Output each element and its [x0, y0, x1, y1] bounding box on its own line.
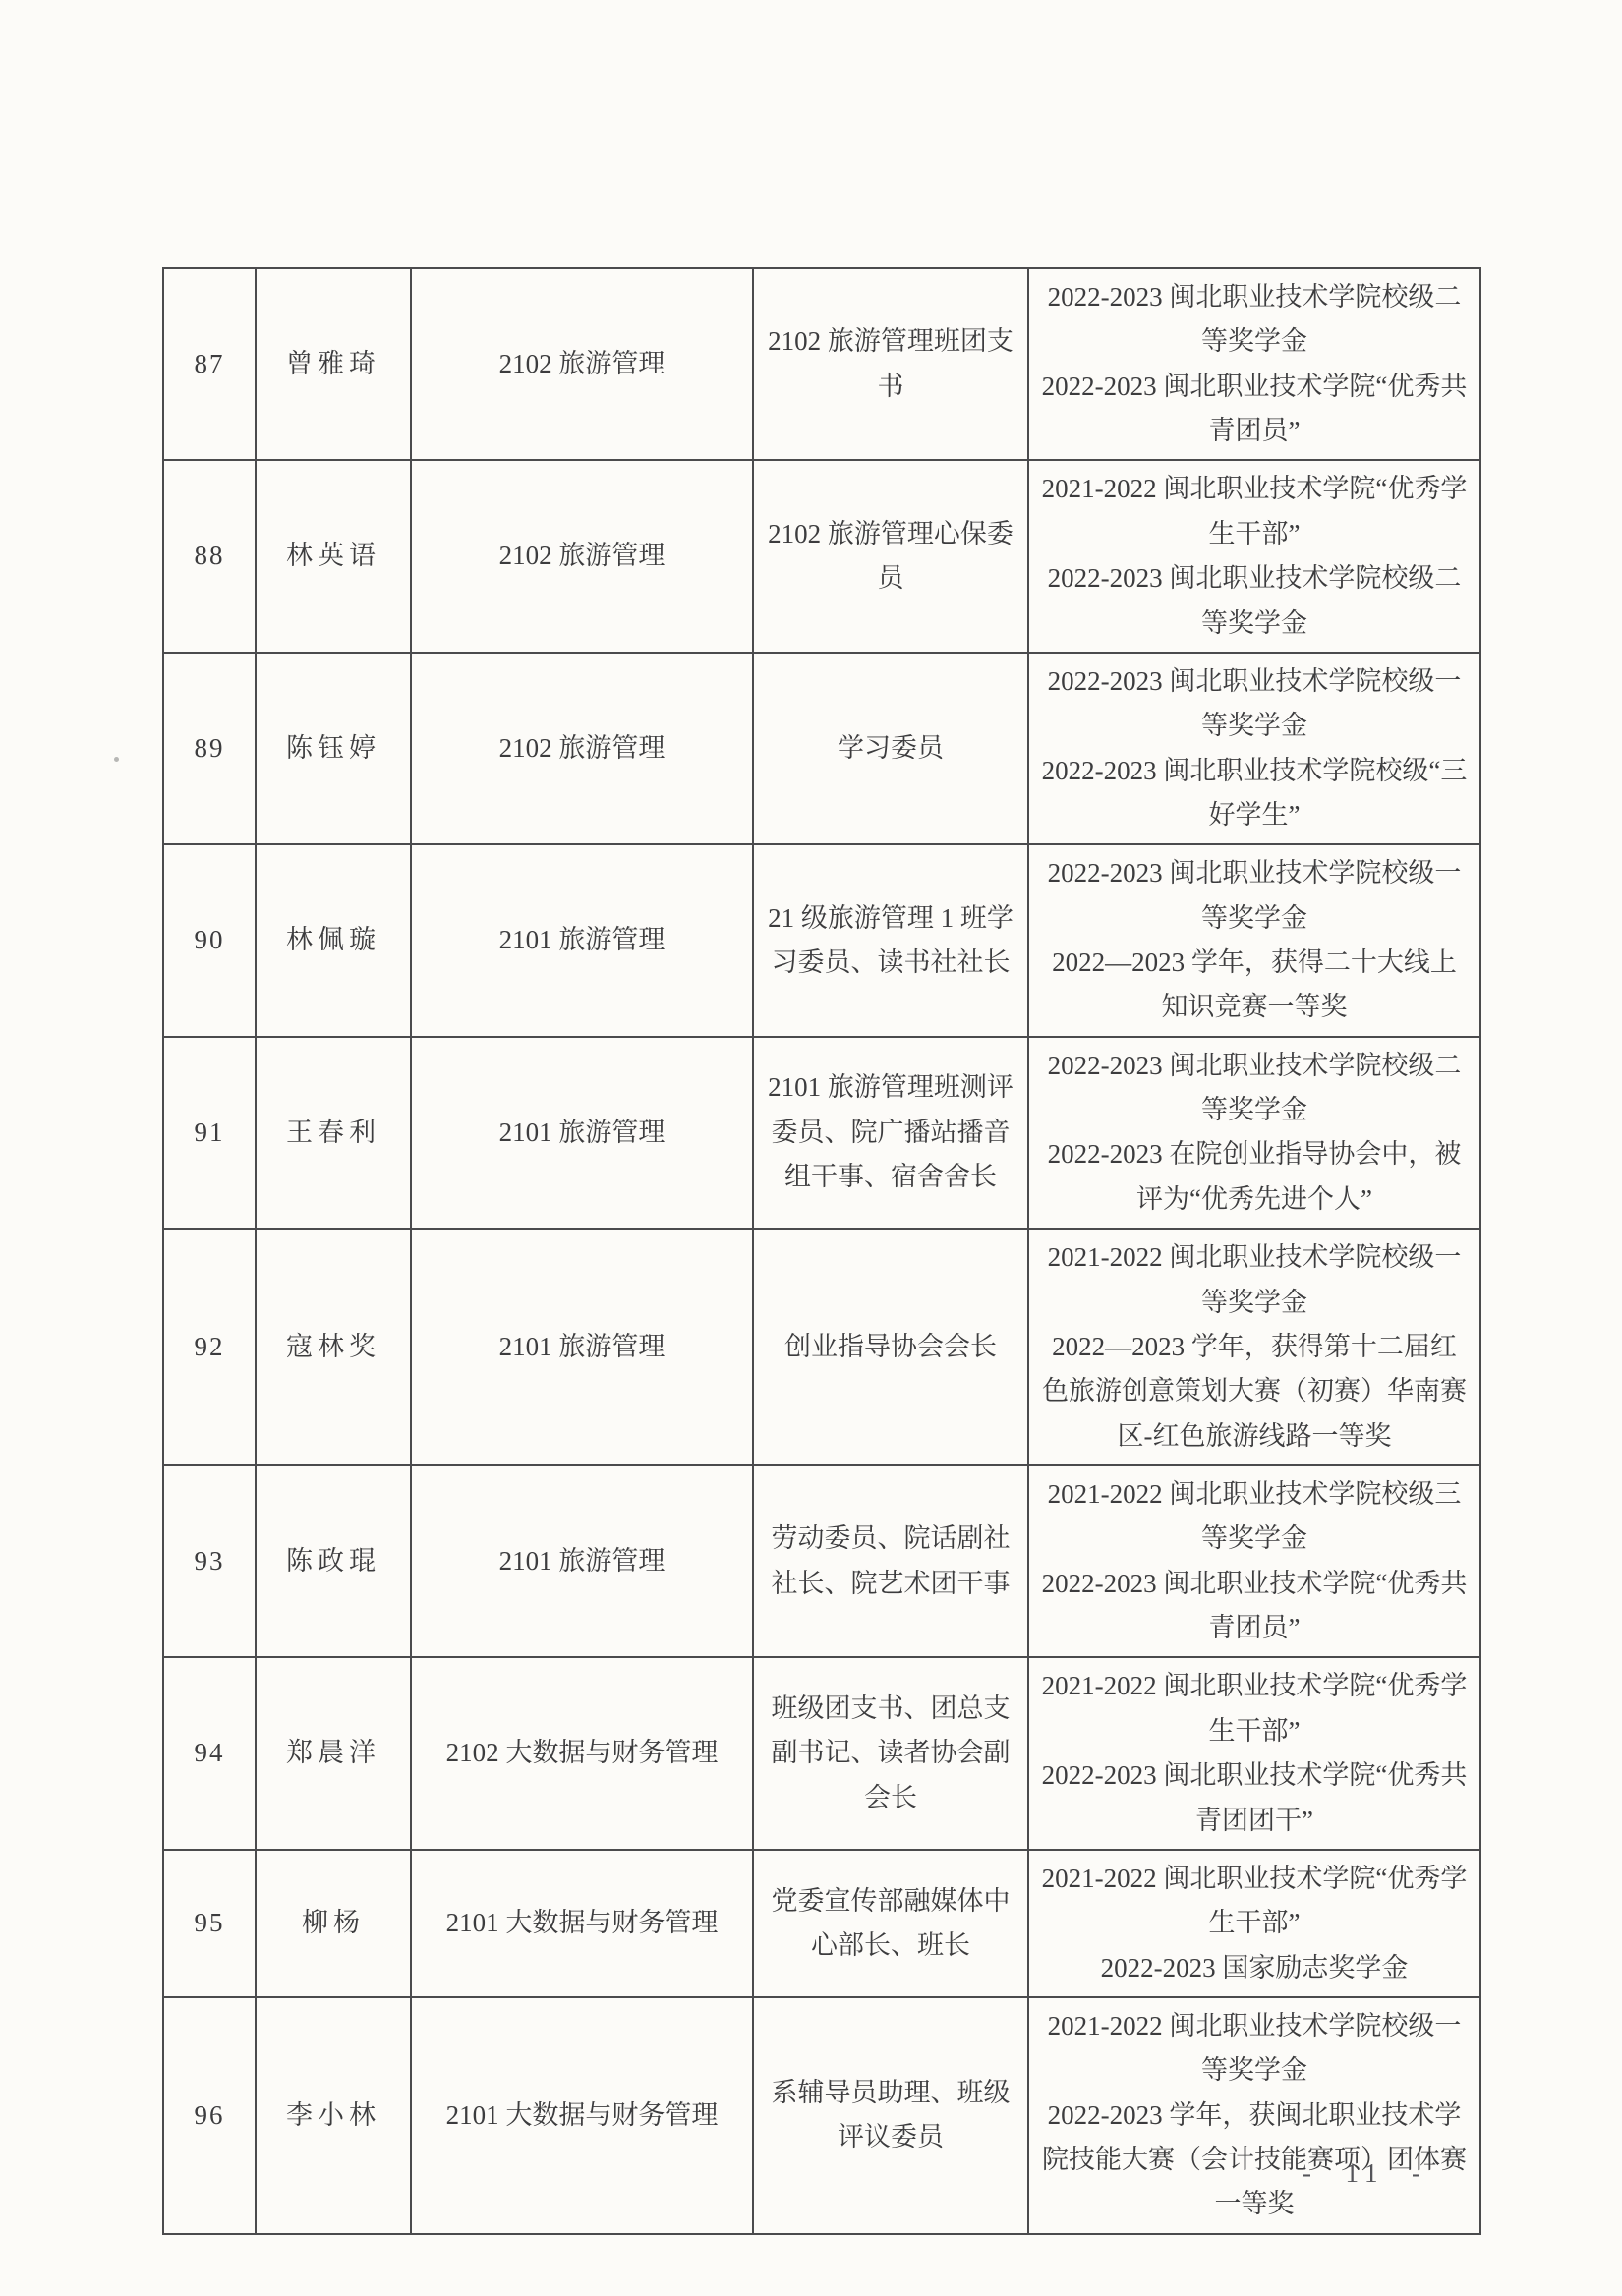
student-name: 王春利 — [256, 1037, 411, 1229]
table-row: 91 王春利 2101 旅游管理 2101 旅游管理班测评委员、院广播站播音组干… — [163, 1037, 1480, 1229]
position: 2101 旅游管理班测评委员、院广播站播音组干事、宿舍舍长 — [753, 1037, 1028, 1229]
table-row: 88 林英语 2102 旅游管理 2102 旅游管理心保委员 2021-2022… — [163, 460, 1480, 652]
class-major: 2102 旅游管理 — [411, 460, 753, 652]
student-name: 寇林奖 — [256, 1229, 411, 1465]
table-body: 87 曾雅琦 2102 旅游管理 2102 旅游管理班团支书 2022-2023… — [163, 268, 1480, 2234]
row-number: 88 — [163, 460, 256, 652]
award-item: 2021-2022 闽北职业技术学院“优秀学生干部” — [1041, 1664, 1468, 1753]
row-number: 92 — [163, 1229, 256, 1465]
row-number: 89 — [163, 653, 256, 844]
class-major: 2101 大数据与财务管理 — [411, 1850, 753, 1997]
row-number: 90 — [163, 844, 256, 1036]
awards-cell: 2021-2022 闽北职业技术学院“优秀学生干部” 2022-2023 闽北职… — [1028, 1657, 1480, 1849]
student-name: 林英语 — [256, 460, 411, 652]
award-item: 2022-2023 闽北职业技术学院“优秀共青团员” — [1041, 365, 1468, 454]
table-row: 92 寇林奖 2101 旅游管理 创业指导协会会长 2021-2022 闽北职业… — [163, 1229, 1480, 1465]
award-item: 2021-2022 闽北职业技术学院校级一等奖学金 — [1041, 2004, 1468, 2094]
award-item: 2022-2023 国家励志奖学金 — [1041, 1946, 1468, 1990]
award-item: 2021-2022 闽北职业技术学院“优秀学生干部” — [1041, 1857, 1468, 1946]
position: 系辅导员助理、班级评议委员 — [753, 1997, 1028, 2234]
position: 班级团支书、团总支副书记、读者协会副会长 — [753, 1657, 1028, 1849]
class-major: 2101 旅游管理 — [411, 1037, 753, 1229]
class-major: 2102 大数据与财务管理 — [411, 1657, 753, 1849]
award-item: 2022-2023 在院创业指导协会中，被评为“优秀先进个人” — [1041, 1132, 1468, 1222]
row-number: 87 — [163, 268, 256, 460]
class-major: 2101 旅游管理 — [411, 1465, 753, 1657]
award-item: 2022—2023 学年，获得第十二届红色旅游创意策划大赛（初赛）华南赛区-红色… — [1041, 1325, 1468, 1459]
row-number: 94 — [163, 1657, 256, 1849]
award-item: 2022-2023 闽北职业技术学院校级一等奖学金 — [1041, 660, 1468, 749]
position: 2102 旅游管理心保委员 — [753, 460, 1028, 652]
student-name: 柳杨 — [256, 1850, 411, 1997]
awards-cell: 2021-2022 闽北职业技术学院校级三等奖学金 2022-2023 闽北职业… — [1028, 1465, 1480, 1657]
student-name: 陈政琨 — [256, 1465, 411, 1657]
awards-cell: 2021-2022 闽北职业技术学院校级一等奖学金 2022—2023 学年，获… — [1028, 1229, 1480, 1465]
class-major: 2101 大数据与财务管理 — [411, 1997, 753, 2234]
class-major: 2102 旅游管理 — [411, 653, 753, 844]
row-number: 95 — [163, 1850, 256, 1997]
row-number: 91 — [163, 1037, 256, 1229]
table-row: 87 曾雅琦 2102 旅游管理 2102 旅游管理班团支书 2022-2023… — [163, 268, 1480, 460]
position: 学习委员 — [753, 653, 1028, 844]
position: 21 级旅游管理 1 班学习委员、读书社社长 — [753, 844, 1028, 1036]
award-item: 2022-2023 闽北职业技术学院校级“三好学生” — [1041, 749, 1468, 838]
position: 创业指导协会会长 — [753, 1229, 1028, 1465]
award-item: 2021-2022 闽北职业技术学院“优秀学生干部” — [1041, 467, 1468, 556]
page-number: - 11 - — [1303, 2158, 1427, 2189]
row-number: 93 — [163, 1465, 256, 1657]
award-item: 2021-2022 闽北职业技术学院校级三等奖学金 — [1041, 1472, 1468, 1562]
table-row: 90 林佩璇 2101 旅游管理 21 级旅游管理 1 班学习委员、读书社社长 … — [163, 844, 1480, 1036]
award-item: 2022-2023 闽北职业技术学院“优秀共青团员” — [1041, 1562, 1468, 1651]
awards-cell: 2021-2022 闽北职业技术学院“优秀学生干部” 2022-2023 国家励… — [1028, 1850, 1480, 1997]
award-item: 2021-2022 闽北职业技术学院校级一等奖学金 — [1041, 1235, 1468, 1325]
awards-cell: 2022-2023 闽北职业技术学院校级一等奖学金 2022-2023 闽北职业… — [1028, 653, 1480, 844]
position: 劳动委员、院话剧社社长、院艺术团干事 — [753, 1465, 1028, 1657]
table-row: 95 柳杨 2101 大数据与财务管理 党委宣传部融媒体中心部长、班长 2021… — [163, 1850, 1480, 1997]
awards-cell: 2022-2023 闽北职业技术学院校级二等奖学金 2022-2023 闽北职业… — [1028, 268, 1480, 460]
student-name: 李小林 — [256, 1997, 411, 2234]
awards-cell: 2022-2023 闽北职业技术学院校级一等奖学金 2022—2023 学年，获… — [1028, 844, 1480, 1036]
award-item: 2022-2023 闽北职业技术学院校级一等奖学金 — [1041, 851, 1468, 941]
table-row: 94 郑晨洋 2102 大数据与财务管理 班级团支书、团总支副书记、读者协会副会… — [163, 1657, 1480, 1849]
scanned-document-page: 87 曾雅琦 2102 旅游管理 2102 旅游管理班团支书 2022-2023… — [0, 0, 1622, 2296]
class-major: 2101 旅游管理 — [411, 1229, 753, 1465]
student-awards-table: 87 曾雅琦 2102 旅游管理 2102 旅游管理班团支书 2022-2023… — [162, 267, 1481, 2235]
student-name: 郑晨洋 — [256, 1657, 411, 1849]
award-item: 2022-2023 闽北职业技术学院校级二等奖学金 — [1041, 275, 1468, 365]
position: 党委宣传部融媒体中心部长、班长 — [753, 1850, 1028, 1997]
student-name: 曾雅琦 — [256, 268, 411, 460]
row-number: 96 — [163, 1997, 256, 2234]
award-item: 2022—2023 学年，获得二十大线上知识竞赛一等奖 — [1041, 941, 1468, 1030]
awards-cell: 2021-2022 闽北职业技术学院“优秀学生干部” 2022-2023 闽北职… — [1028, 460, 1480, 652]
award-item: 2022-2023 闽北职业技术学院校级二等奖学金 — [1041, 1044, 1468, 1133]
awards-cell: 2021-2022 闽北职业技术学院校级一等奖学金 2022-2023 学年，获… — [1028, 1997, 1480, 2234]
table-row: 93 陈政琨 2101 旅游管理 劳动委员、院话剧社社长、院艺术团干事 2021… — [163, 1465, 1480, 1657]
award-item: 2022-2023 闽北职业技术学院校级二等奖学金 — [1041, 556, 1468, 646]
table-row: 96 李小林 2101 大数据与财务管理 系辅导员助理、班级评议委员 2021-… — [163, 1997, 1480, 2234]
student-name: 林佩璇 — [256, 844, 411, 1036]
awards-cell: 2022-2023 闽北职业技术学院校级二等奖学金 2022-2023 在院创业… — [1028, 1037, 1480, 1229]
table-row: 89 陈钰婷 2102 旅游管理 学习委员 2022-2023 闽北职业技术学院… — [163, 653, 1480, 844]
award-item: 2022-2023 闽北职业技术学院“优秀共青团团干” — [1041, 1753, 1468, 1843]
scan-artifact-dot — [114, 757, 119, 762]
class-major: 2102 旅游管理 — [411, 268, 753, 460]
position: 2102 旅游管理班团支书 — [753, 268, 1028, 460]
student-name: 陈钰婷 — [256, 653, 411, 844]
class-major: 2101 旅游管理 — [411, 844, 753, 1036]
